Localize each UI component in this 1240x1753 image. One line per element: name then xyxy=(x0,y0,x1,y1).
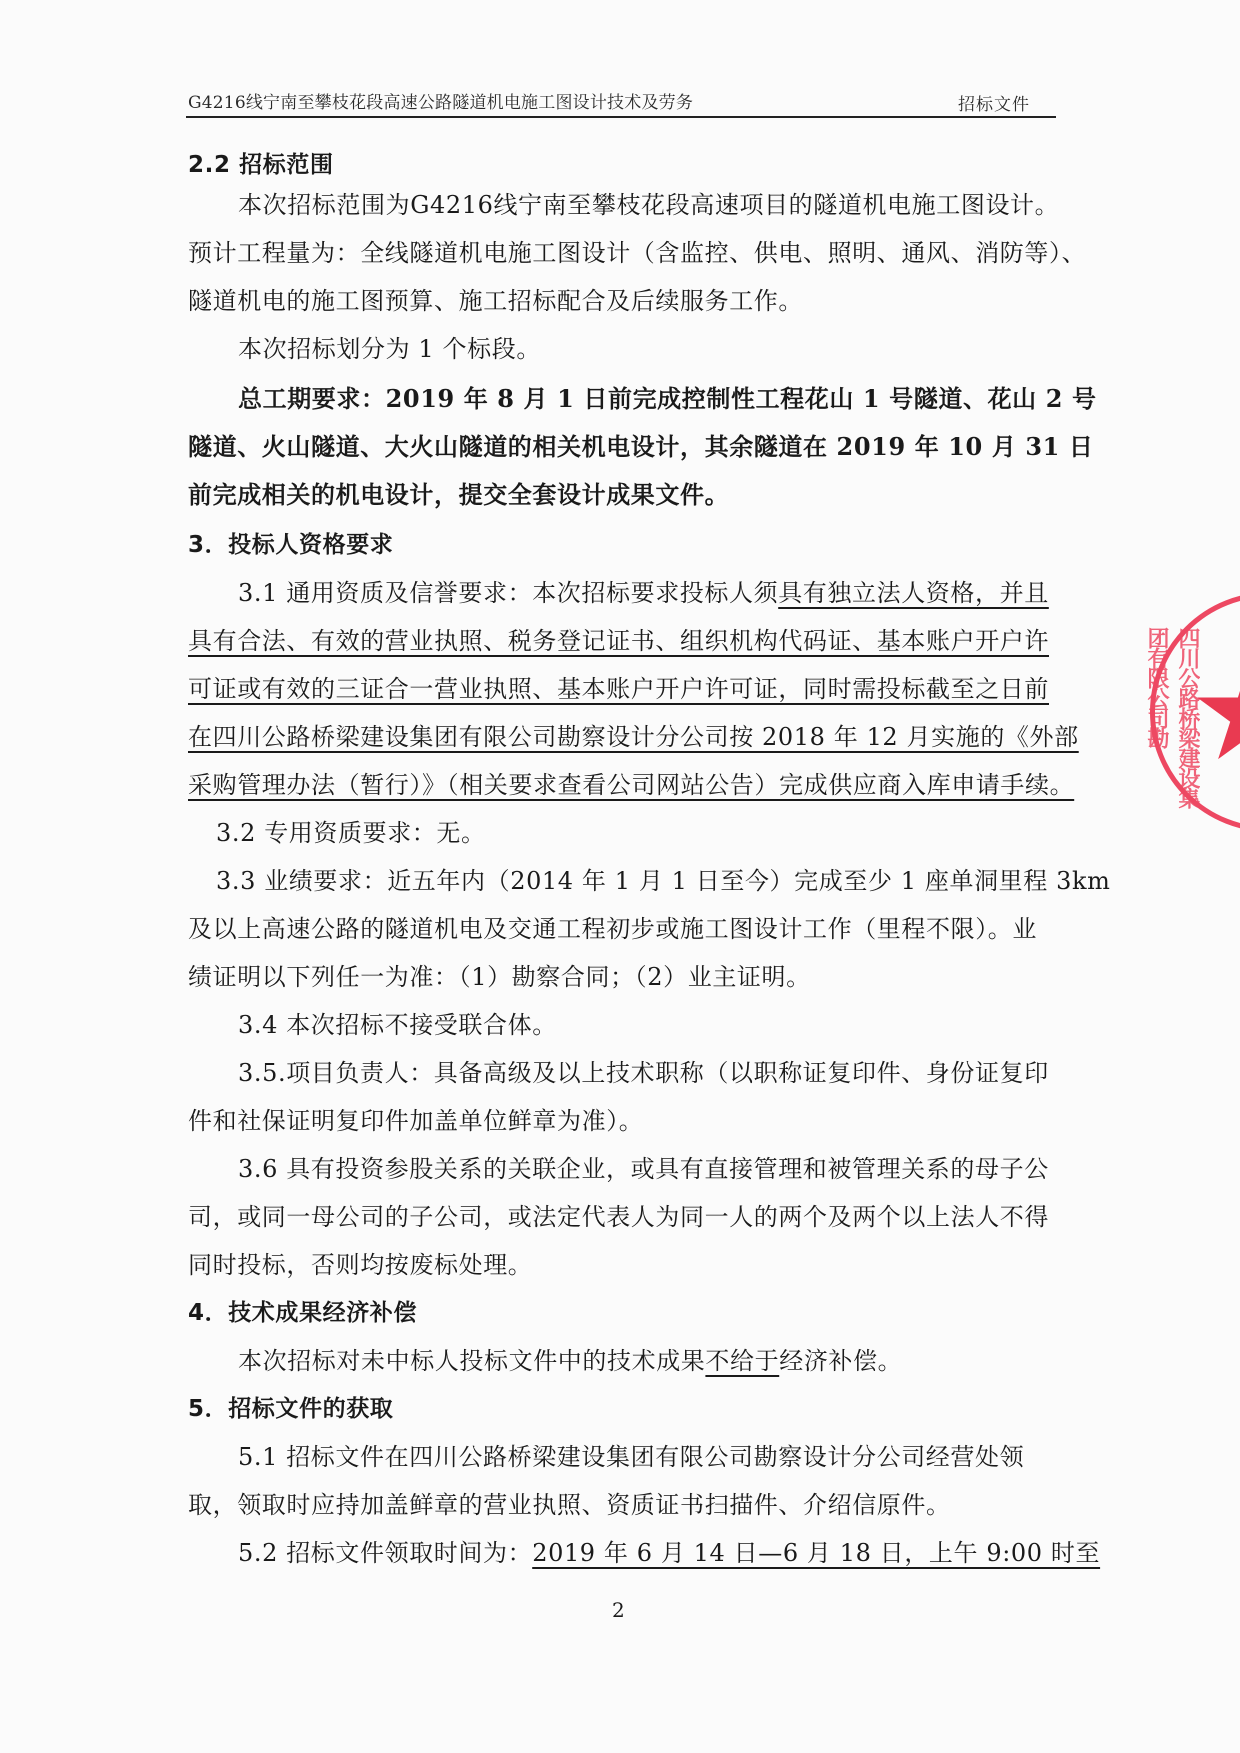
underlined-line: 采购管理办法（暂行）》（相关要求查看公司网站公告）完成供应商入库申请手续。 xyxy=(188,770,1074,800)
section-heading-2-2: 2.2 招标范围 xyxy=(188,150,334,180)
text-span: 本次招标对未中标人投标文件中的技术成果 xyxy=(238,1347,705,1375)
paragraph-line: 3.5.项目负责人：具备高级及以上技术职称（以职称证复印件、身份证复印 xyxy=(238,1058,1049,1088)
paragraph-line: 取，领取时应持加盖鲜章的营业执照、资质证书扫描件、介绍信原件。 xyxy=(188,1490,951,1520)
paragraph-line: 3.6 具有投资参股关系的关联企业，或具有直接管理和被管理关系的母子公 xyxy=(238,1154,1049,1184)
section-heading-5: 5．招标文件的获取 xyxy=(188,1394,393,1424)
paragraph-line: 本次招标范围为G4216线宁南至攀枝花段高速项目的隧道机电施工图设计。 xyxy=(238,190,1059,220)
underlined-text: 不给于 xyxy=(705,1347,779,1375)
paragraph-line: 同时投标，否则均按废标处理。 xyxy=(188,1250,532,1280)
header-doc-type: 招标文件 xyxy=(958,90,1030,115)
paragraph-line: 3.2 专用资质要求：无。 xyxy=(216,818,486,848)
paragraph-line-bold: 总工期要求：2019 年 8 月 1 日前完成控制性工程花山 1 号隧道、花山 … xyxy=(238,384,1097,414)
section-heading-3: 3．投标人资格要求 xyxy=(188,530,393,560)
paragraph-line-bold: 隧道、火山隧道、大火山隧道的相关机电设计，其余隧道在 2019 年 10 月 3… xyxy=(188,432,1094,462)
section-heading-4: 4．技术成果经济补偿 xyxy=(188,1298,417,1328)
text-span: 3.1 通用资质及信誉要求：本次招标要求投标人须 xyxy=(238,579,778,607)
header-title: G4216线宁南至攀枝花段高速公路隧道机电施工图设计技术及劳务 xyxy=(188,88,693,113)
page-number: 2 xyxy=(612,1598,625,1622)
text-span: 5.2 招标文件领取时间为： xyxy=(238,1539,532,1567)
paragraph-line: 及以上高速公路的隧道机电及交通工程初步或施工图设计工作（里程不限）。业 xyxy=(188,914,1037,944)
paragraph-line: 隧道机电的施工图预算、施工招标配合及后续服务工作。 xyxy=(188,286,803,316)
paragraph-line: 3.4 本次招标不接受联合体。 xyxy=(238,1010,557,1040)
paragraph-line: 5.2 招标文件领取时间为：2019 年 6 月 14 日—6 月 18 日，上… xyxy=(238,1538,1100,1568)
underlined-line: 可证或有效的三证合一营业执照、基本账户开户许可证，同时需投标截至之日前 xyxy=(188,674,1049,704)
company-seal: 四川公路桥梁建设集团有限公司勘 xyxy=(1150,592,1240,832)
paragraph-line: 3.3 业绩要求：近五年内（2014 年 1 月 1 日至今）完成至少 1 座单… xyxy=(216,866,1110,896)
paragraph-line: 本次招标对未中标人投标文件中的技术成果不给于经济补偿。 xyxy=(238,1346,902,1376)
underlined-text: 2019 年 6 月 14 日—6 月 18 日，上午 9:00 时至 xyxy=(532,1539,1100,1567)
paragraph-line: 件和社保证明复印件加盖单位鲜章为准）。 xyxy=(188,1106,643,1136)
paragraph-line-bold: 前完成相关的机电设计，提交全套设计成果文件。 xyxy=(188,480,729,510)
paragraph-line: 本次招标划分为 1 个标段。 xyxy=(238,334,541,364)
document-page: G4216线宁南至攀枝花段高速公路隧道机电施工图设计技术及劳务 招标文件 2.2… xyxy=(0,0,1240,1753)
paragraph-line: 3.1 通用资质及信誉要求：本次招标要求投标人须具有独立法人资格，并且 xyxy=(238,578,1049,608)
underlined-text: 具有独立法人资格，并且 xyxy=(778,579,1049,607)
paragraph-line: 司，或同一母公司的子公司，或法定代表人为同一人的两个及两个以上法人不得 xyxy=(188,1202,1049,1232)
underlined-line: 在四川公路桥梁建设集团有限公司勘察设计分公司按 2018 年 12 月实施的《外… xyxy=(188,722,1079,752)
paragraph-line: 绩证明以下列任一为准：（1）勘察合同；（2）业主证明。 xyxy=(188,962,811,992)
page-header: G4216线宁南至攀枝花段高速公路隧道机电施工图设计技术及劳务 招标文件 xyxy=(186,86,1056,118)
text-span: 经济补偿。 xyxy=(779,1347,902,1375)
paragraph-line: 预计工程量为：全线隧道机电施工图设计（含监控、供电、照明、通风、消防等）、 xyxy=(188,238,1086,268)
underlined-line: 具有合法、有效的营业执照、税务登记证书、组织机构代码证、基本账户开户许 xyxy=(188,626,1049,656)
paragraph-line: 5.1 招标文件在四川公路桥梁建设集团有限公司勘察设计分公司经营处领 xyxy=(238,1442,1024,1472)
seal-text: 四川公路桥梁建设集团有限公司勘 xyxy=(1163,627,1203,807)
